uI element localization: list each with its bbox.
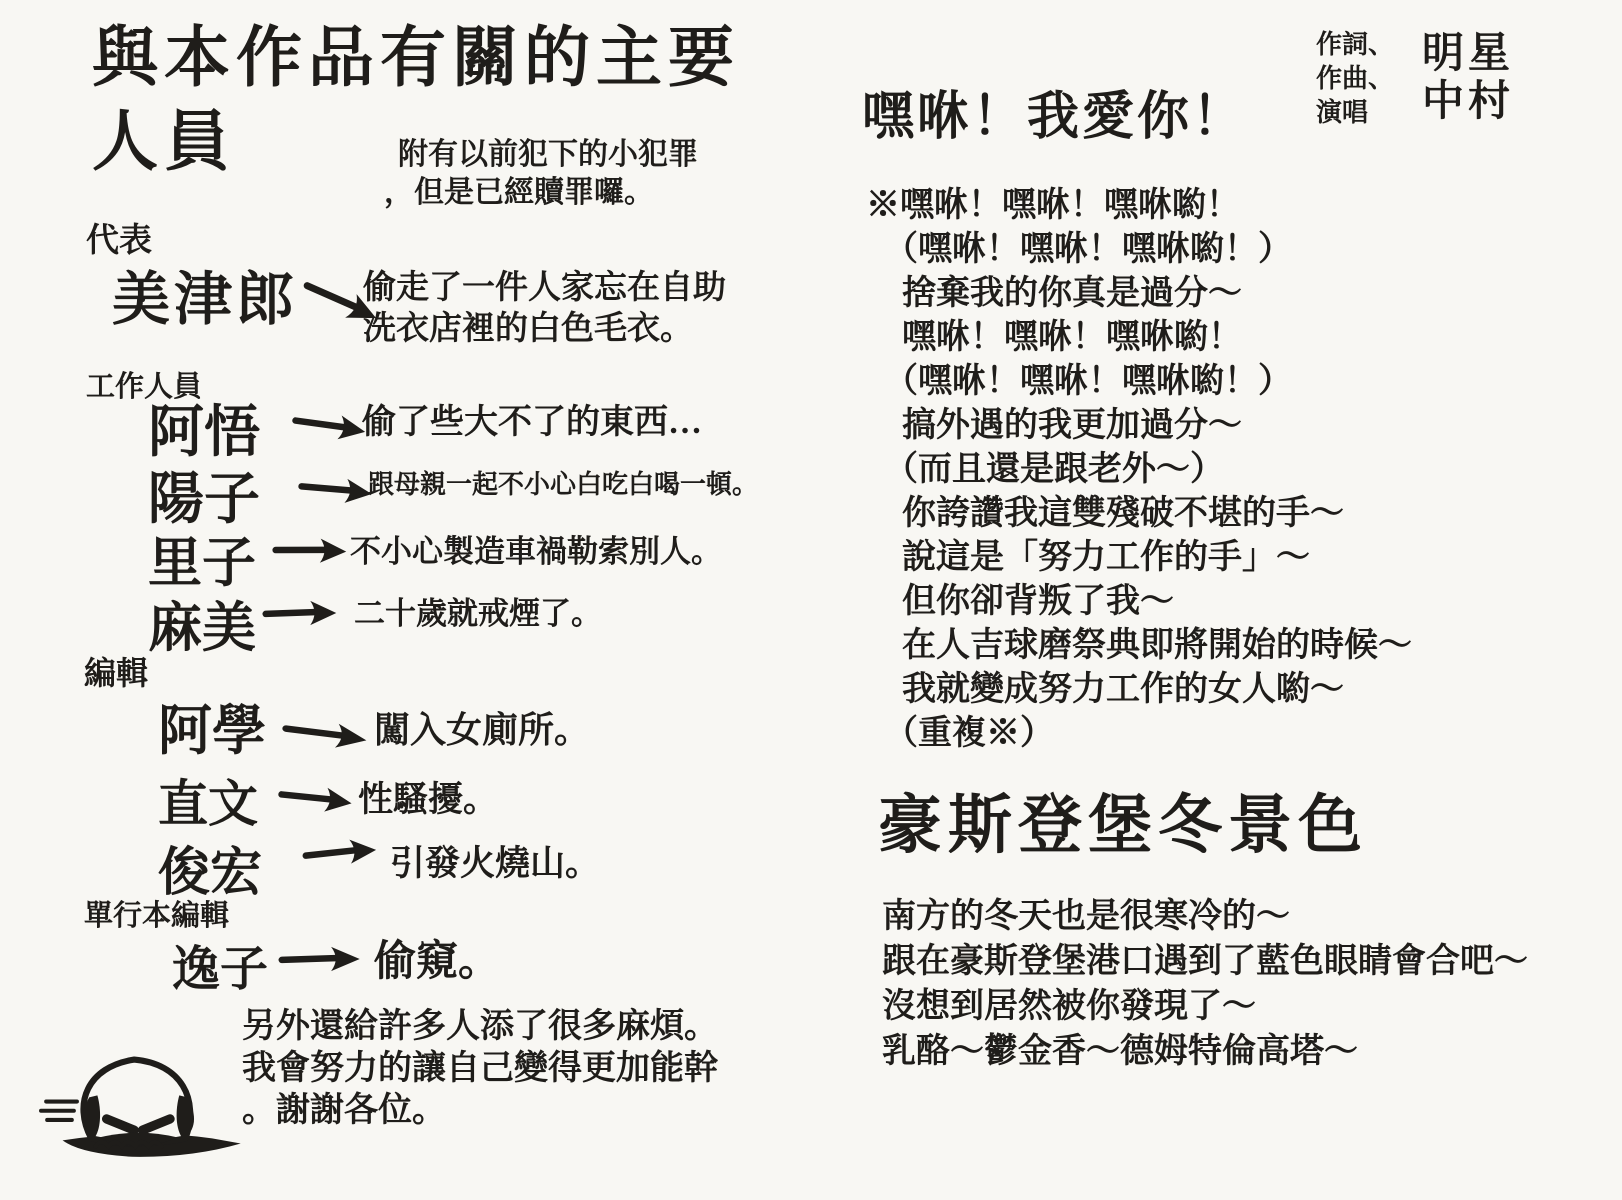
section-label-editors: 編輯 xyxy=(84,648,148,694)
closing-paragraph: 另外還給許多人添了很多麻煩。 我會努力的讓自己變得更加能幹 。謝謝各位。 xyxy=(242,1006,718,1132)
staff-name: 美津郎 xyxy=(112,252,298,336)
lyric-line: 我就變成努力工作的女人喲～ xyxy=(866,668,1412,712)
staff-desc: 跟母親一起不小心白吃白喝一頓。 xyxy=(368,464,758,501)
staff-desc: 性騷擾。 xyxy=(358,772,498,822)
lyric-line: （重複※） xyxy=(866,712,1412,756)
staff-name: 麻美 xyxy=(148,585,256,662)
lyric-line: 南方的冬天也是很寒冷的～ xyxy=(882,894,1528,939)
staff-name: 直文 xyxy=(158,764,258,836)
song2-title: 豪斯登堡冬景色 xyxy=(878,774,1368,866)
arrow-icon xyxy=(280,712,373,756)
staff-name: 逸子 xyxy=(172,930,268,999)
note-line: 附有以前犯下的小犯罪 xyxy=(398,136,698,174)
song2-lyrics: 南方的冬天也是很寒冷的～ 跟在豪斯登堡港口遇到了藍色眼睛會合吧～ 沒想到居然被你… xyxy=(882,894,1528,1074)
lyric-line: 嘿咻！嘿咻！嘿咻喲！ xyxy=(866,316,1412,360)
lyric-line: 在人吉球磨祭典即將開始的時候～ xyxy=(866,624,1412,668)
lyric-line: 你誇讚我這雙殘破不堪的手～ xyxy=(866,492,1412,536)
arrow-icon xyxy=(278,944,364,974)
lyric-line: （而且還是跟老外～） xyxy=(866,448,1412,492)
arrow-icon xyxy=(262,598,340,628)
lyric-line: ※嘿咻！嘿咻！嘿咻喲！ xyxy=(866,184,1412,228)
lyric-line: （嘿咻！嘿咻！嘿咻喲！） xyxy=(866,228,1412,272)
credit-name: 明星 xyxy=(1422,30,1514,78)
lyric-line: 沒想到居然被你發現了～ xyxy=(882,984,1528,1029)
desc-line: 洗衣店裡的白色毛衣。 xyxy=(363,309,726,350)
staff-desc: 偷了些大不了的東西… xyxy=(362,394,702,443)
lyric-line: （嘿咻！嘿咻！嘿咻喲！） xyxy=(866,360,1412,404)
lyric-line: 捨棄我的你真是過分～ xyxy=(866,272,1412,316)
page-title-line1: 與本作品有關的主要 xyxy=(92,26,740,92)
arrow-icon xyxy=(289,404,371,447)
bowing-figure-illustration xyxy=(38,1038,253,1168)
scanned-page: 與本作品有關的主要 人員 附有以前犯下的小犯罪 ，但是已經贖罪囉。 代表 美津郎… xyxy=(0,0,1622,1200)
lyric-line: 乳酪～鬱金香～德姆特倫高塔～ xyxy=(882,1029,1528,1074)
credit-role: 演唱 xyxy=(1316,96,1394,130)
title-note: 附有以前犯下的小犯罪 ，但是已經贖罪囉。 xyxy=(398,136,698,212)
song1-credit-roles: 作詞、 作曲、 演唱 xyxy=(1316,28,1394,130)
desc-line: 偷走了一件人家忘在自助 xyxy=(363,268,726,309)
closing-line: 另外還給許多人添了很多麻煩。 xyxy=(242,1006,718,1048)
staff-desc: 引發火燒山。 xyxy=(390,836,600,886)
arrow-icon xyxy=(296,470,377,509)
closing-line: 我會努力的讓自己變得更加能幹 xyxy=(242,1048,718,1090)
note-line: ，但是已經贖罪囉。 xyxy=(384,174,698,212)
staff-desc: 偷窺。 xyxy=(374,928,500,988)
credit-role: 作詞、 xyxy=(1316,28,1394,62)
staff-desc: 闖入女廁所。 xyxy=(374,702,590,753)
staff-name: 阿學 xyxy=(158,688,266,765)
page-title-line2: 人員 xyxy=(92,110,236,176)
song1-title: 嘿咻！我愛你！ xyxy=(862,74,1247,149)
arrow-icon xyxy=(301,835,381,870)
staff-desc: 偷走了一件人家忘在自助 洗衣店裡的白色毛衣。 xyxy=(363,268,726,350)
lyric-line: 但你卻背叛了我～ xyxy=(866,580,1412,624)
closing-line: 。謝謝各位。 xyxy=(242,1090,718,1132)
staff-desc: 二十歲就戒煙了。 xyxy=(354,588,602,633)
staff-desc: 不小心製造車禍勒索別人。 xyxy=(350,526,722,571)
credit-name: 中村 xyxy=(1422,78,1514,126)
section-label-tankobon-editor: 單行本編輯 xyxy=(84,893,229,934)
song1-lyrics: ※嘿咻！嘿咻！嘿咻喲！ （嘿咻！嘿咻！嘿咻喲！） 捨棄我的你真是過分～ 嘿咻！嘿… xyxy=(866,184,1412,756)
credit-role: 作曲、 xyxy=(1316,62,1394,96)
arrow-icon xyxy=(276,778,357,819)
lyric-line: 跟在豪斯登堡港口遇到了藍色眼睛會合吧～ xyxy=(882,939,1528,984)
lyric-line: 說這是「努力工作的手」～ xyxy=(866,536,1412,580)
lyric-line: 搞外遇的我更加過分～ xyxy=(866,404,1412,448)
song1-credit-names: 明星 中村 xyxy=(1422,30,1514,126)
arrow-icon xyxy=(271,534,350,567)
